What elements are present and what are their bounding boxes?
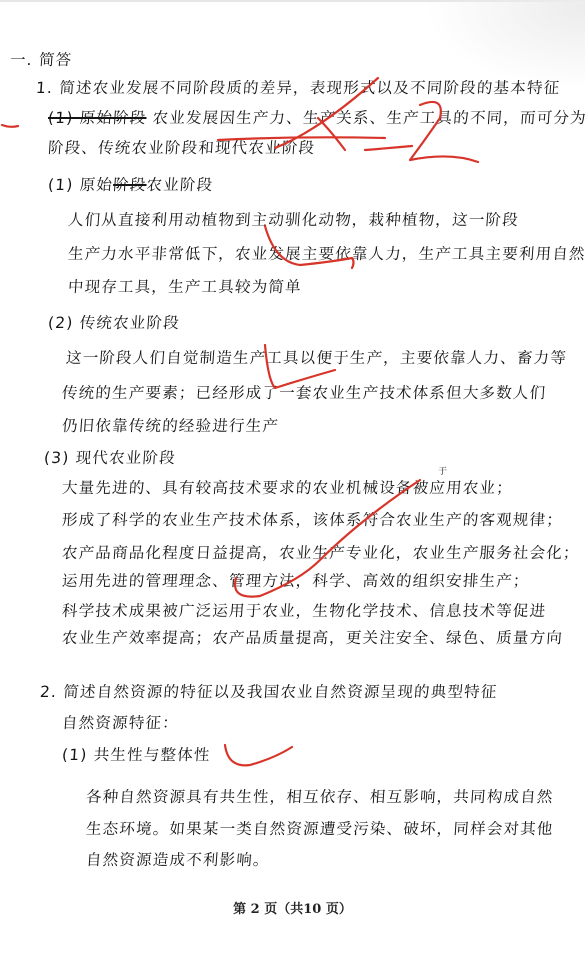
score-value: 2 [419,100,431,120]
q2-label: 自然资源特征： [61,713,179,733]
q1-sub3-title: (3) 现代农业阶段 [43,448,176,468]
q1-intro-text: 农业发展因生产力、生产关系、生产工具的不同，而可分为原始农业 [152,109,585,127]
q1-question: 1. 简述农业发展不同阶段质的差异，表现形式以及不同阶段的基本特征 [35,78,561,98]
page-number: 第 2 页（共10 页） [0,898,585,917]
q1-sub2-line: 传统的生产要素；已经形成了一套农业生产技术体系但大多数人们 [61,383,547,403]
scan-shadow [425,0,585,90]
q1-sub3-line: 科学技术成果被广泛运用于农业，生物化学技术、信息技术等促进 [61,601,547,621]
q1-sub3-line: 运用先进的管理理念、管理方法，科学、高效的组织安排生产； [61,571,530,591]
q2-question: 2. 简述自然资源的特征以及我国农业自然资源呈现的典型特征 [39,682,498,702]
q2-sub1-line: 生态环境。如果某一类自然资源遭受污染、破坏，同样会对其他 [85,819,554,839]
struck-text: (1) 原始阶段 [47,109,147,127]
q1-sub1-title: (1) 原始阶段农业阶段 [47,175,214,195]
q2-sub1-title: (1) 共生性与整体性 [61,745,211,765]
section-heading: 一. 简答 [9,50,73,70]
q1-sub3-line: 农业生产效率提高；农产品质量提高，更关注安全、绿色、质量方向 [61,628,563,648]
title-part: 农业阶段 [146,176,214,194]
q1-sub2-title: (2) 传统农业阶段 [47,313,180,333]
margin-dash-mark [2,125,18,127]
q1-sub1-line: 中现存工具，生产工具较为简单 [67,277,302,297]
struck-text: 阶段 [112,176,147,194]
q1-sub3-line: 大量先进的、具有较高技术要求的农业机械设备被应用农业； [61,478,513,498]
score-dash-mark [365,146,412,150]
q1-intro-line1: (1) 原始阶段 农业发展因生产力、生产关系、生产工具的不同，而可分为原始农业 [47,108,585,128]
check-mark-3 [225,745,292,765]
q1-sub2-line: 这一阶段人们自觉制造生产工具以便于生产，主要依靠人力、畜力等 [65,348,567,368]
q1-sub1-line: 人们从直接利用动植物到主动驯化动物，栽种植物，这一阶段 [67,210,519,230]
title-part: (1) 原始 [47,176,113,194]
q1-sub1-line: 生产力水平非常低下，农业发展主要依靠人力，生产工具主要利用自然界 [67,244,585,264]
q1-sub2-line: 仍旧依靠传统的经验进行生产 [61,416,280,436]
q2-sub1-line: 各种自然资源具有共生性，相互依存、相互影响，共同构成自然 [85,787,554,807]
q1-sub3-line: 农产品商品化程度日益提高，农业生产专业化，农业生产服务社会化； [61,543,580,563]
q1-sub3-line: 形成了科学的农业生产技术体系，该体系符合农业生产的客观规律； [61,510,563,530]
q1-intro-line2: 阶段、传统农业阶段和现代农业阶段 [47,138,316,158]
q2-sub1-line: 自然资源造成不利影响。 [85,850,270,870]
